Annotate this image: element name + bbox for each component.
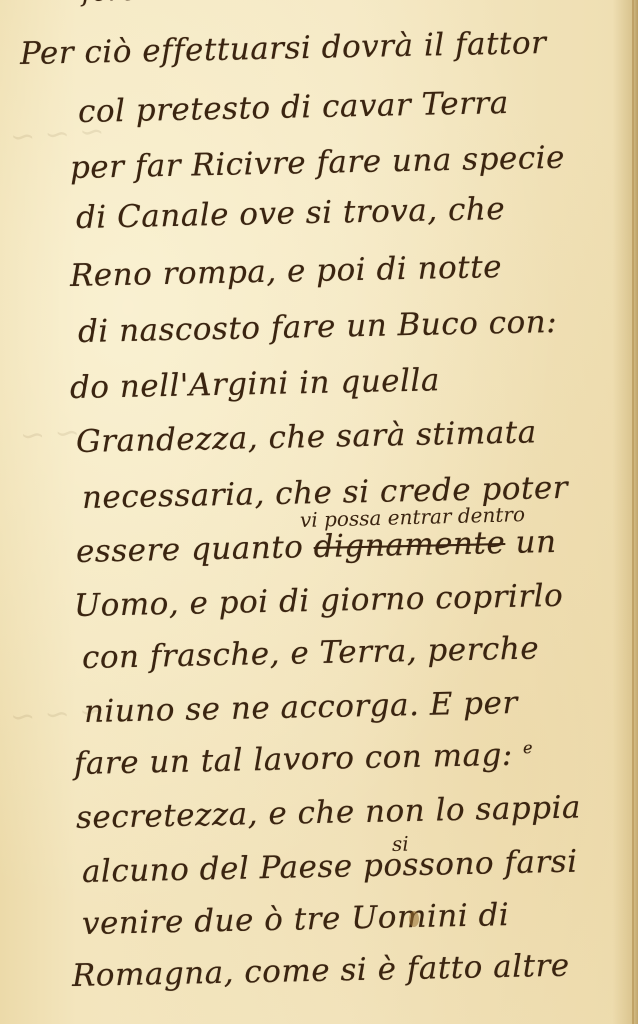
line-text: alcuno del Paese <box>82 848 353 890</box>
manuscript-line: secretezza, e che non lo sappia <box>76 789 582 836</box>
manuscript-line: do nell'Argini in quella <box>70 362 441 406</box>
manuscript-line: essere quanto dignamente un <box>76 524 557 570</box>
manuscript-line: fare un tal lavoro con mag: e <box>74 736 534 782</box>
line-text: un <box>515 524 557 561</box>
line-text: essere quanto <box>76 529 304 570</box>
manuscript-line: per far Ricivre fare una specie <box>70 140 566 186</box>
manuscript-line: venire due ò tre Uomini di <box>82 897 510 942</box>
manuscript-line: Romagna, come si è fatto altre <box>72 948 570 994</box>
manuscript-line: Per ciò effettuarsi dovrà il fattor <box>20 25 547 72</box>
manuscript-line: niuno se ne accorga. E per <box>84 685 518 730</box>
line-text: possono farsi <box>363 844 578 884</box>
manuscript-line: Uomo, e poi di giorno coprirlo <box>74 578 564 624</box>
struck-word: dignamente <box>313 525 505 565</box>
manuscript-line: Reno rompa, e poi di notte <box>70 249 503 294</box>
bleed-through: ~ ~ <box>19 418 81 452</box>
manuscript-line: di nascosto fare un Buco con: <box>78 304 558 350</box>
manuscript-line: alcuno del Paese possono farsi <box>82 844 578 890</box>
manuscript-page: ~ ~ ~ ~ ~ ~ ~ ~ fore Per ciò effettuarsi… <box>0 0 638 1024</box>
manuscript-line: Grandezza, che sarà stimata <box>76 414 537 460</box>
top-fragment: fore <box>82 0 138 8</box>
manuscript-line: con frasche, e Terra, perche <box>82 630 540 676</box>
line-text: fare un tal lavoro con mag: <box>74 737 514 782</box>
ink-stain <box>409 911 419 927</box>
manuscript-line: di Canale ove si trova, che <box>76 191 506 236</box>
page-edge <box>632 0 634 1024</box>
superscript: e <box>523 738 533 757</box>
manuscript-line: col pretesto di cavar Terra <box>78 85 510 130</box>
